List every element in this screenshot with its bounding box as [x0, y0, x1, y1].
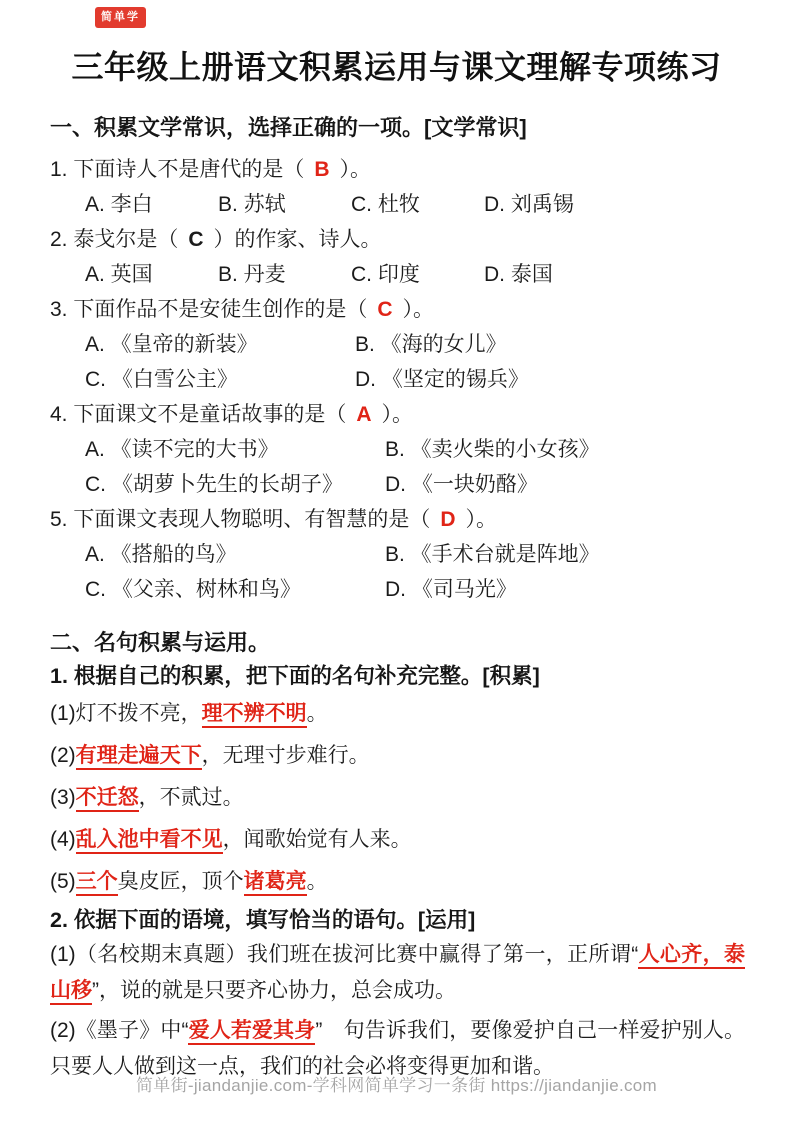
question-line: 2. 泰戈尔是（C）的作家、诗人。 — [50, 222, 745, 257]
answer-blank-filled: 不迁怒 — [76, 786, 139, 812]
answer-blank-filled: 乱入池中看不见 — [76, 828, 223, 854]
option-item: A. 英国 — [85, 257, 218, 292]
answer-letter: D — [440, 508, 455, 531]
option-item: D. 刘禹锡 — [484, 187, 745, 222]
answer-blank-filled: 理不辨不明 — [202, 702, 307, 728]
worksheet-content: 一、积累文学常识，选择正确的一项。[文学常识] 1. 下面诗人不是唐代的是（B）… — [50, 112, 745, 1085]
question-list: 1. 下面诗人不是唐代的是（B）。A. 李白B. 苏轼C. 杜牧D. 刘禹锡2.… — [50, 152, 745, 607]
option-row: A. 《搭船的鸟》B. 《手术台就是阵地》C. 《父亲、树林和鸟》D. 《司马光… — [85, 537, 745, 607]
option-item: D. 《一块奶酪》 — [385, 467, 745, 502]
option-item: C. 《胡萝卜先生的长胡子》 — [85, 467, 385, 502]
option-item: B. 《手术台就是阵地》 — [385, 537, 745, 572]
question-text-post: ）的作家、诗人。 — [214, 228, 382, 251]
sentence-text: ”，说的就是只要齐心协力，总会成功。 — [92, 979, 456, 1002]
sentence-text: 。 — [307, 702, 328, 725]
option-item: C. 印度 — [351, 257, 484, 292]
option-row: A. 李白B. 苏轼C. 杜牧D. 刘禹锡 — [85, 187, 745, 222]
fill-in-item: (5)三个臭皮匠，顶个诸葛亮。 — [50, 861, 745, 903]
option-item: B. 丹麦 — [218, 257, 351, 292]
question-text-pre: 1. 下面诗人不是唐代的是（ — [50, 158, 304, 181]
sentence-text: ，闻歌始觉有人来。 — [223, 828, 412, 851]
sentence-text: (3) — [50, 786, 76, 809]
option-item: D. 泰国 — [484, 257, 745, 292]
option-item: B. 《卖火柴的小女孩》 — [385, 432, 745, 467]
question-text-post: ）。 — [403, 298, 435, 321]
option-item: C. 杜牧 — [351, 187, 484, 222]
fill-in-item: (1)灯不拨不亮，理不辨不明。 — [50, 693, 745, 735]
option-item: C. 《白雪公主》 — [85, 362, 355, 397]
answer-blank-filled: 有理走遍天下 — [76, 744, 202, 770]
option-item: A. 《搭船的鸟》 — [85, 537, 385, 572]
question-text-pre: 5. 下面课文表现人物聪明、有智慧的是（ — [50, 508, 430, 531]
worksheet-page: { "page": { "badge": "简单学", "title": "三年… — [0, 0, 793, 1122]
option-item: C. 《父亲、树林和鸟》 — [85, 572, 385, 607]
question-text-post: ）。 — [340, 158, 372, 181]
fill-in-item: (4)乱入池中看不见，闻歌始觉有人来。 — [50, 819, 745, 861]
sentence-text: (5) — [50, 870, 76, 893]
sentence-text: (1)（名校期末真题）我们班在拔河比赛中赢得了第一，正所谓“ — [50, 943, 638, 966]
question-text-post: ）。 — [466, 508, 498, 531]
sentence-text: (2) — [50, 744, 76, 767]
site-logo-badge: 简单学 — [95, 7, 146, 28]
option-item: A. 《读不完的大书》 — [85, 432, 385, 467]
answer-blank-filled: 三个 — [76, 870, 118, 896]
sentence-text: 臭皮匠，顶个 — [118, 870, 244, 893]
option-item: A. 李白 — [85, 187, 218, 222]
context-paragraph-list: (1)（名校期末真题）我们班在拔河比赛中赢得了第一，正所谓“人心齐，泰山移”，说… — [50, 937, 745, 1085]
page-title: 三年级上册语文积累运用与课文理解专项练习 — [40, 46, 753, 88]
sentence-text: 。 — [307, 870, 328, 893]
fill-in-item: (2)有理走遍天下，无理寸步难行。 — [50, 735, 745, 777]
question-text-post: ）。 — [382, 403, 414, 426]
option-item: B. 《海的女儿》 — [355, 327, 745, 362]
option-row: A. 《皇帝的新装》B. 《海的女儿》C. 《白雪公主》D. 《坚定的锡兵》 — [85, 327, 745, 397]
question-line: 3. 下面作品不是安徒生创作的是（C）。 — [50, 292, 745, 327]
option-row: A. 《读不完的大书》B. 《卖火柴的小女孩》C. 《胡萝卜先生的长胡子》D. … — [85, 432, 745, 502]
watermark-footer: 简单街-jiandanjie.com-学科网简单学习一条街 https://ji… — [0, 1071, 793, 1096]
answer-letter: C — [377, 298, 392, 321]
option-item: D. 《司马光》 — [385, 572, 745, 607]
sentence-text: (1)灯不拨不亮， — [50, 702, 202, 725]
section1-heading: 一、积累文学常识，选择正确的一项。[文学常识] — [50, 112, 745, 144]
answer-blank-filled: 诸葛亮 — [244, 870, 307, 896]
answer-blank-filled: 爱人若爱其身 — [188, 1019, 315, 1045]
sentence-text: ，不贰过。 — [139, 786, 244, 809]
sentence-text: (4) — [50, 828, 76, 851]
question-line: 5. 下面课文表现人物聪明、有智慧的是（D）。 — [50, 502, 745, 537]
sentence-text: (2)《墨子》中“ — [50, 1019, 188, 1042]
fill-in-item: (3)不迁怒，不贰过。 — [50, 777, 745, 819]
question-text-pre: 4. 下面课文不是童话故事的是（ — [50, 403, 346, 426]
option-item: A. 《皇帝的新装》 — [85, 327, 355, 362]
answer-letter: C — [188, 228, 203, 251]
question-line: 4. 下面课文不是童话故事的是（A）。 — [50, 397, 745, 432]
question-line: 1. 下面诗人不是唐代的是（B）。 — [50, 152, 745, 187]
answer-letter: B — [314, 158, 329, 181]
section2-heading: 二、名句积累与运用。 — [50, 627, 745, 659]
question-text-pre: 3. 下面作品不是安徒生创作的是（ — [50, 298, 367, 321]
context-paragraph: (1)（名校期末真题）我们班在拔河比赛中赢得了第一，正所谓“人心齐，泰山移”，说… — [50, 937, 745, 1009]
option-row: A. 英国B. 丹麦C. 印度D. 泰国 — [85, 257, 745, 292]
answer-letter: A — [356, 403, 371, 426]
option-item: B. 苏轼 — [218, 187, 351, 222]
fill-in-list: (1)灯不拨不亮，理不辨不明。(2)有理走遍天下，无理寸步难行。(3)不迁怒，不… — [50, 693, 745, 903]
section2-sub2-heading: 2. 依据下面的语境，填写恰当的语句。[运用] — [50, 903, 745, 937]
section2-sub1-heading: 1. 根据自己的积累，把下面的名句补充完整。[积累] — [50, 659, 745, 693]
sentence-text: ，无理寸步难行。 — [202, 744, 370, 767]
option-item: D. 《坚定的锡兵》 — [355, 362, 745, 397]
question-text-pre: 2. 泰戈尔是（ — [50, 228, 178, 251]
